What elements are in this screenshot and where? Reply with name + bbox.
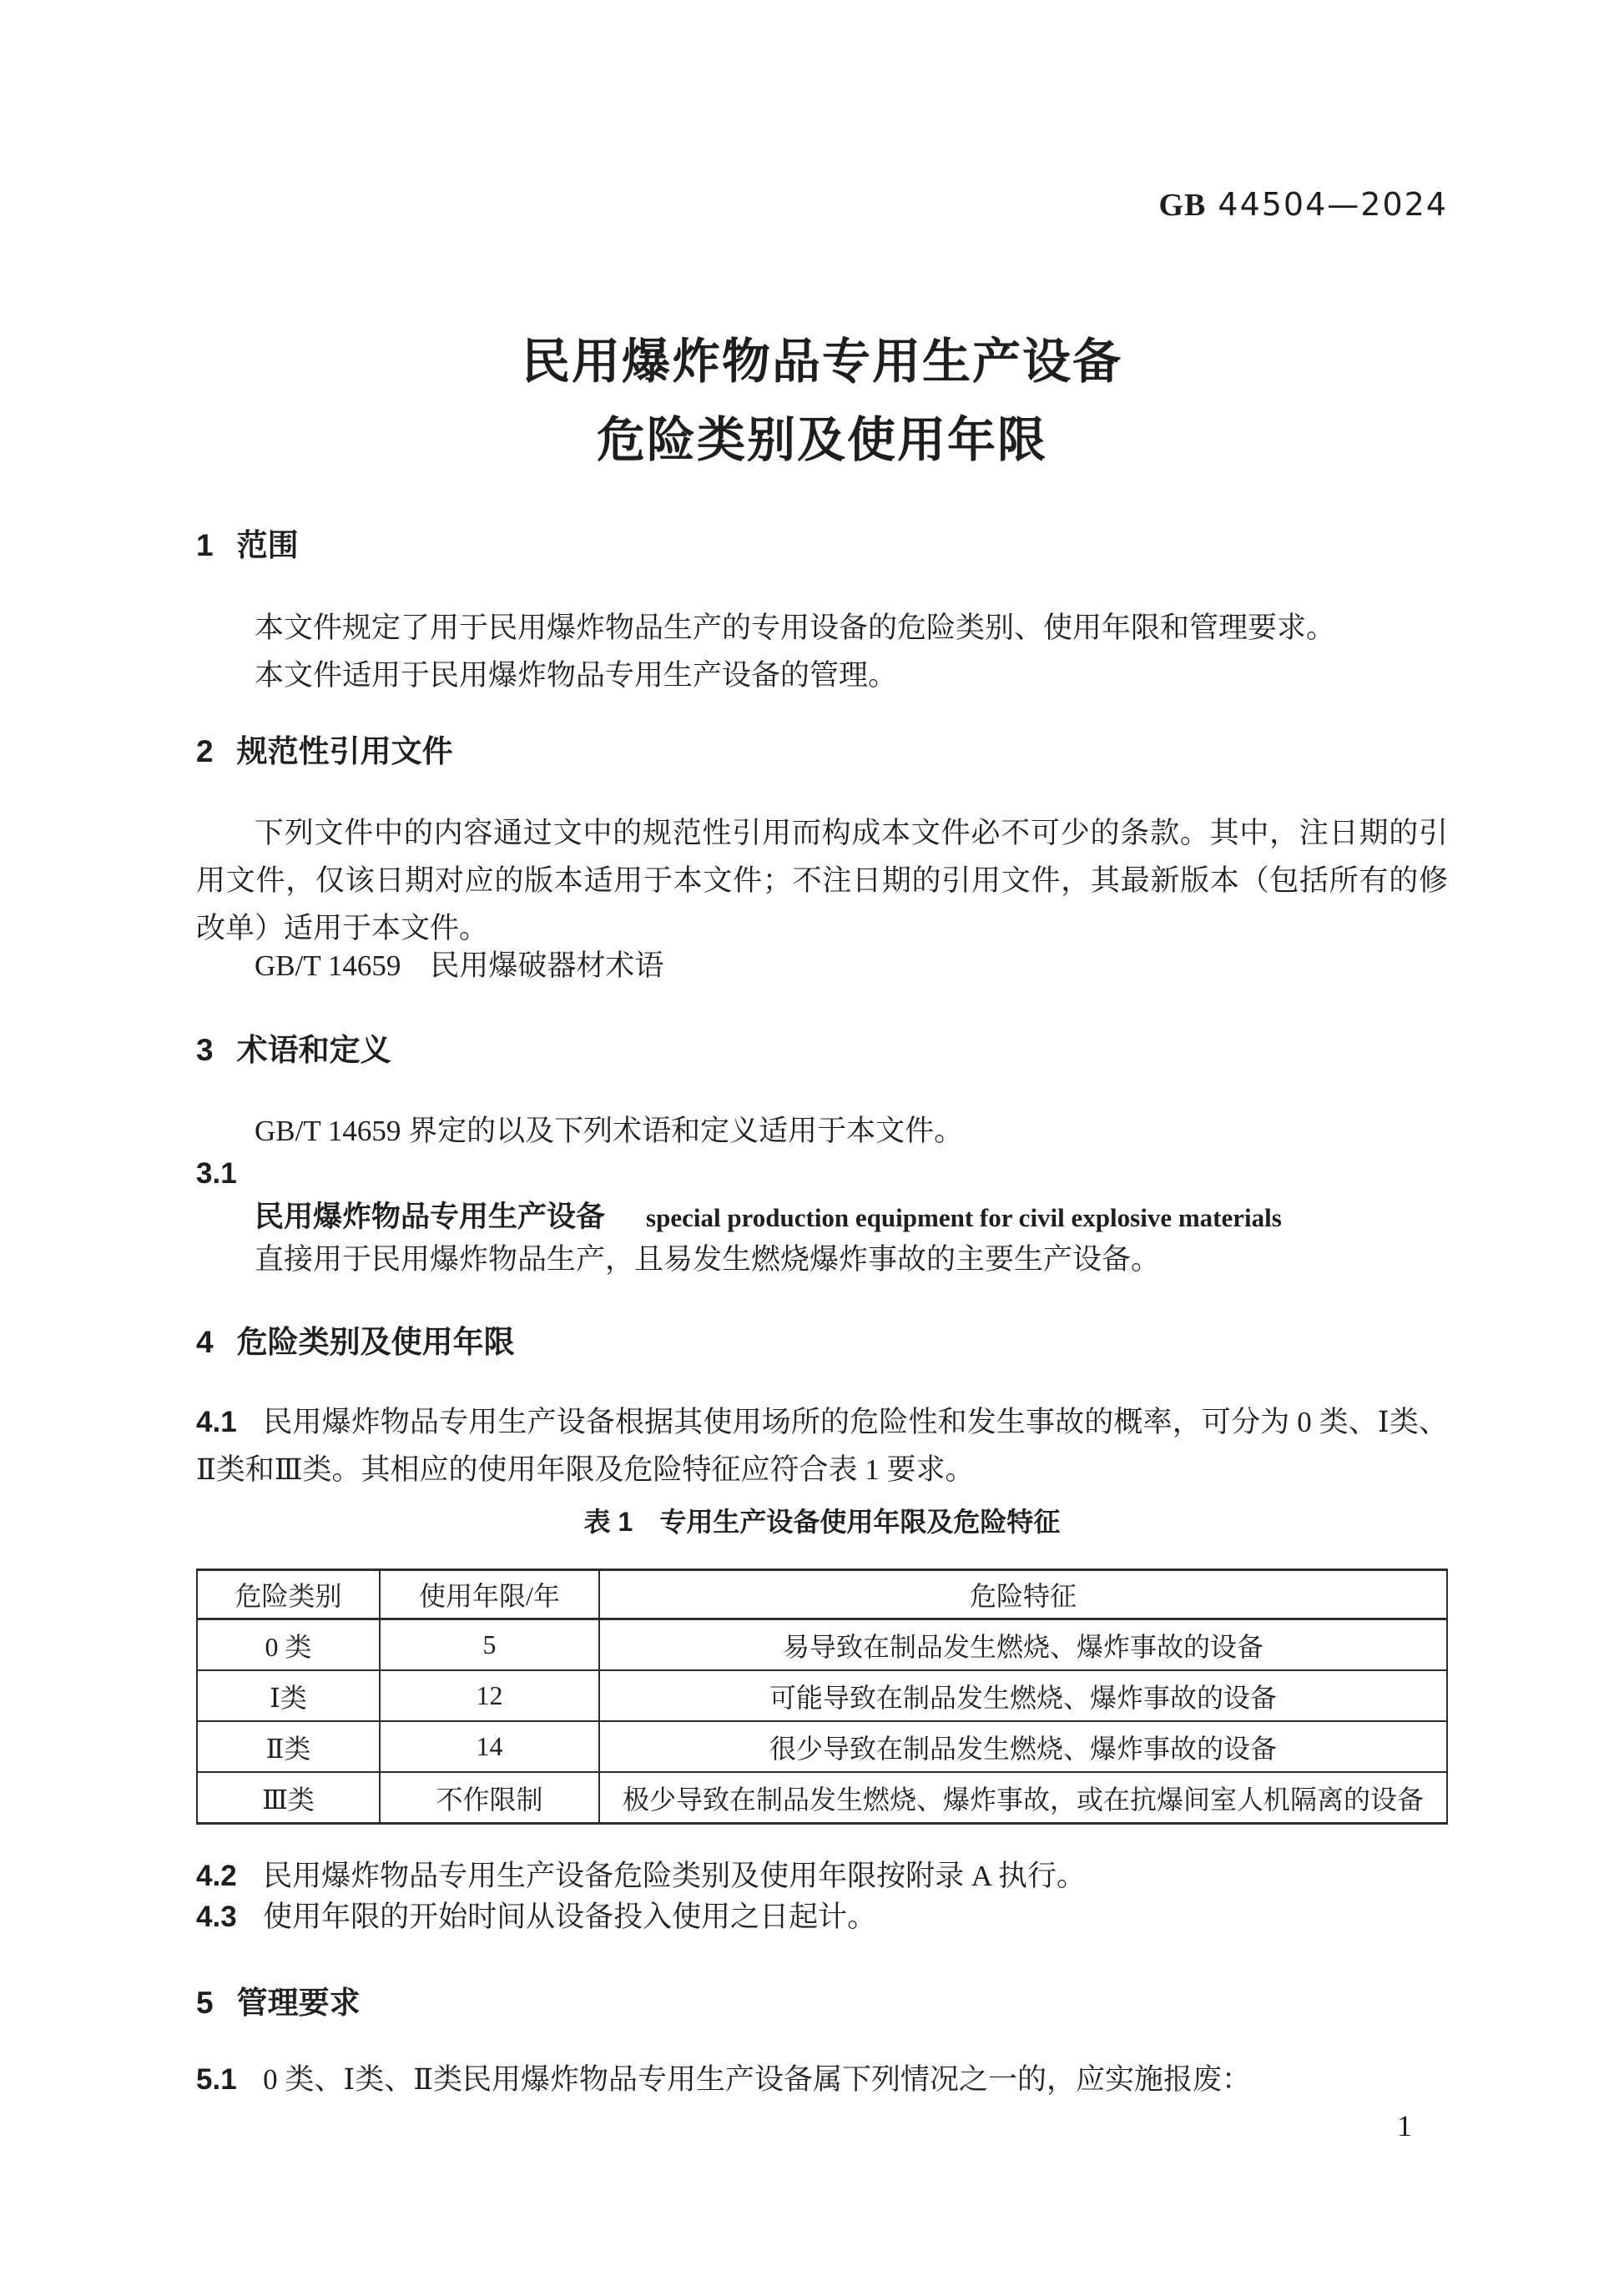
standard-document-page: GB44504—2024 民用爆炸物品专用生产设备 危险类别及使用年限 1范围 …: [0, 0, 1624, 2296]
table-header-cell: 危险类别: [197, 1570, 380, 1619]
page-number: 1: [196, 2107, 1448, 2144]
term-entry: 民用爆炸物品专用生产设备special production equipment…: [196, 1193, 1448, 1241]
section-2-number: 2: [196, 734, 214, 768]
clause-4-1: 4.1民用爆炸物品专用生产设备根据其使用场所的危险性和发生事故的概率，可分为 0…: [196, 1398, 1448, 1493]
doc-title: 民用爆炸物品专用生产设备 危险类别及使用年限: [196, 323, 1448, 480]
term-chinese: 民用爆炸物品专用生产设备: [255, 1201, 605, 1233]
clause-4-3: 4.3使用年限的开始时间从设备投入使用之日起计。: [196, 1893, 1448, 1941]
table-cell: 很少导致在制品发生燃烧、爆炸事故的设备: [599, 1721, 1447, 1772]
paragraph: 本文件适用于民用爆炸物品专用生产设备的管理。: [196, 652, 1448, 699]
section-1-heading: 1范围: [196, 527, 1448, 564]
doc-title-line2: 危险类别及使用年限: [196, 401, 1448, 480]
table-cell: 易导致在制品发生燃烧、爆炸事故的设备: [599, 1619, 1447, 1671]
clause-4-1-text: 民用爆炸物品专用生产设备根据其使用场所的危险性和发生事故的概率，可分为 0 类、…: [196, 1406, 1448, 1486]
section-5-number: 5: [196, 1986, 214, 2020]
section-5-heading: 5管理要求: [196, 1985, 1448, 2022]
section-4-heading: 4危险类别及使用年限: [196, 1324, 1448, 1361]
section-4-number: 4: [196, 1325, 214, 1359]
table-cell: 0 类: [197, 1619, 380, 1671]
term-clause-number: 3.1: [196, 1150, 1448, 1197]
table-cell: Ⅱ类: [197, 1721, 380, 1772]
clause-4-1-number: 4.1: [196, 1406, 237, 1438]
paragraph: 下列文件中的内容通过文中的规范性引用而构成本文件必不可少的条款。其中，注日期的引…: [196, 809, 1448, 952]
table-cell: 14: [380, 1721, 599, 1772]
doc-code-prefix: GB: [1159, 188, 1207, 223]
table-row: Ⅱ类 14 很少导致在制品发生燃烧、爆炸事故的设备: [197, 1721, 1447, 1772]
table-header-cell: 危险特征: [599, 1570, 1447, 1619]
section-2-title: 规范性引用文件: [237, 734, 453, 768]
table-cell: 可能导致在制品发生燃烧、爆炸事故的设备: [599, 1670, 1447, 1721]
table-header-cell: 使用年限/年: [380, 1570, 599, 1619]
term-definition: 直接用于民用爆炸物品生产，且易发生燃烧爆炸事故的主要生产设备。: [196, 1236, 1448, 1283]
doc-title-line1: 民用爆炸物品专用生产设备: [196, 323, 1448, 401]
table-1: 危险类别 使用年限/年 危险特征 0 类 5 易导致在制品发生燃烧、爆炸事故的设…: [196, 1568, 1448, 1825]
section-4-title: 危险类别及使用年限: [237, 1325, 515, 1359]
section-1-body: 本文件规定了用于民用爆炸物品生产的专用设备的危险类别、使用年限和管理要求。 本文…: [196, 604, 1448, 699]
clause-5-1-number: 5.1: [196, 2063, 237, 2096]
table-cell: 极少导致在制品发生燃烧、爆炸事故，或在抗爆间室人机隔离的设备: [599, 1772, 1447, 1824]
table-row: Ⅲ类 不作限制 极少导致在制品发生燃烧、爆炸事故，或在抗爆间室人机隔离的设备: [197, 1772, 1447, 1824]
table-body: 0 类 5 易导致在制品发生燃烧、爆炸事故的设备 Ⅰ类 12 可能导致在制品发生…: [197, 1619, 1447, 1824]
paragraph: GB/T 14659 界定的以及下列术语和定义适用于本文件。: [196, 1107, 1448, 1155]
section-1-title: 范围: [237, 528, 299, 562]
table-cell: 5: [380, 1619, 599, 1671]
section-3-number: 3: [196, 1033, 214, 1067]
table-row: Ⅰ类 12 可能导致在制品发生燃烧、爆炸事故的设备: [197, 1670, 1447, 1721]
section-2-heading: 2规范性引用文件: [196, 733, 1448, 770]
doc-code-number: 44504—2024: [1218, 186, 1448, 223]
table-row: 0 类 5 易导致在制品发生燃烧、爆炸事故的设备: [197, 1619, 1447, 1671]
table-1-caption: 表 1 专用生产设备使用年限及危险特征: [196, 1505, 1448, 1538]
clause-5-1-text: 0 类、Ⅰ类、Ⅱ类民用爆炸物品专用生产设备属下列情况之一的，应实施报废：: [263, 2063, 1251, 2096]
doc-number: GB44504—2024: [196, 185, 1448, 224]
clause-4-2-text: 民用爆炸物品专用生产设备危险类别及使用年限按附录 A 执行。: [263, 1860, 1086, 1892]
section-1-number: 1: [196, 528, 214, 562]
term-english: special production equipment for civil e…: [646, 1203, 1282, 1232]
section-2-body: 下列文件中的内容通过文中的规范性引用而构成本文件必不可少的条款。其中，注日期的引…: [196, 809, 1448, 952]
table-cell: Ⅰ类: [197, 1670, 380, 1721]
section-3-intro: GB/T 14659 界定的以及下列术语和定义适用于本文件。: [196, 1107, 1448, 1155]
paragraph: 本文件规定了用于民用爆炸物品生产的专用设备的危险类别、使用年限和管理要求。: [196, 604, 1448, 652]
clause-5-1: 5.10 类、Ⅰ类、Ⅱ类民用爆炸物品专用生产设备属下列情况之一的，应实施报废：: [196, 2056, 1448, 2103]
section-5-title: 管理要求: [237, 1986, 361, 2020]
reference-entry: GB/T 14659 民用爆破器材术语: [196, 942, 1448, 989]
section-3-title: 术语和定义: [237, 1033, 391, 1067]
clause-4-3-number: 4.3: [196, 1901, 237, 1933]
clause-4-2-number: 4.2: [196, 1860, 237, 1892]
table-cell: Ⅲ类: [197, 1772, 380, 1824]
table-header-row: 危险类别 使用年限/年 危险特征: [197, 1570, 1447, 1619]
table-cell: 12: [380, 1670, 599, 1721]
table-cell: 不作限制: [380, 1772, 599, 1824]
clause-4-3-text: 使用年限的开始时间从设备投入使用之日起计。: [263, 1901, 876, 1933]
section-3-heading: 3术语和定义: [196, 1032, 1448, 1069]
table-header: 危险类别 使用年限/年 危险特征: [197, 1570, 1447, 1619]
term-definition-wrap: 直接用于民用爆炸物品生产，且易发生燃烧爆炸事故的主要生产设备。: [196, 1236, 1448, 1283]
normative-reference: GB/T 14659 民用爆破器材术语: [196, 942, 1448, 989]
